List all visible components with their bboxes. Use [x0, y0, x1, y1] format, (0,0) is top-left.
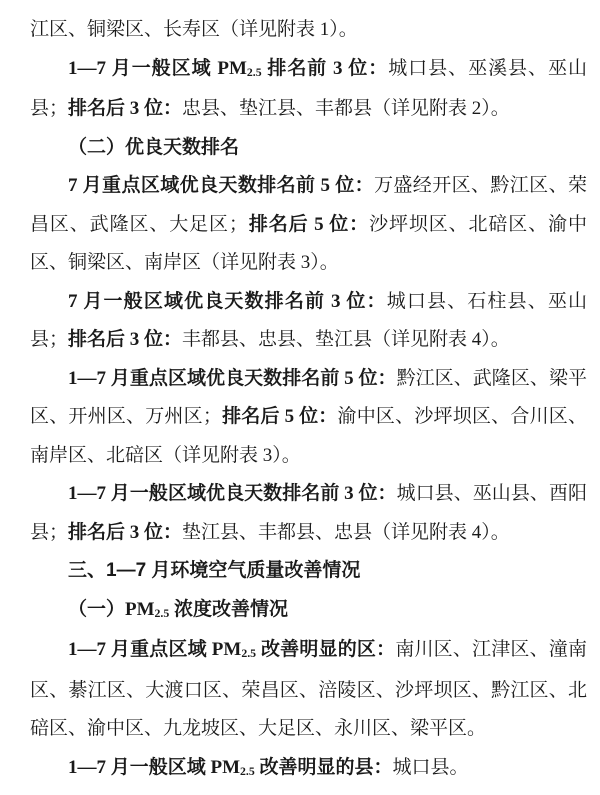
document-page: { "colors": { "background": "#ffffff", "… — [0, 0, 600, 795]
pm25-subscript: 2.5 — [241, 647, 256, 660]
text-run: 丰都县、忠县、垫江县（详见附表 4）。 — [182, 329, 510, 350]
text-run-bold: 1—7 月一般区域 PM — [68, 757, 240, 778]
text-run-bold: 改善明显的区： — [256, 639, 395, 660]
heading-text: 浓度改善情况 — [169, 599, 288, 620]
heading-section-3-1-pm25-improvement: （一）PM2.5 浓度改善情况 — [30, 591, 587, 632]
paragraph-jul-general-region-youliang-ranking: 7 月一般区域优良天数排名前 3 位：城口县、石柱县、巫山县；排名后 3 位：丰… — [30, 283, 587, 360]
text-run: 江区、铜梁区、长寿区（详见附表 1）。 — [30, 19, 358, 40]
text-run: 垫江县、丰都县、忠县（详见附表 4）。 — [182, 522, 510, 543]
pm25-subscript: 2.5 — [155, 607, 170, 620]
paragraph-continued-district-list: 江区、铜梁区、长寿区（详见附表 1）。 — [30, 11, 587, 50]
heading-text: 三、1—7 月环境空气质量改善情况 — [68, 560, 360, 581]
text-run-bold: 1—7 月一般区域 PM — [68, 58, 247, 79]
text-run-bold: 排名前 3 位： — [262, 58, 389, 79]
text-run-bold: 7 月重点区域优良天数排名前 5 位： — [68, 175, 374, 196]
heading-text: （二）优良天数排名 — [68, 137, 239, 158]
text-run-bold: 排名后 3 位： — [68, 329, 182, 350]
pm25-subscript: 2.5 — [247, 66, 262, 79]
text-run-bold: 1—7 月重点区域 PM — [68, 639, 241, 660]
text-run-bold: 改善明显的县： — [255, 757, 393, 778]
text-run-bold: 7 月一般区域优良天数排名前 3 位： — [68, 291, 387, 312]
paragraph-jan-jul-key-region-youliang-ranking: 1—7 月重点区域优良天数排名前 5 位：黔江区、武隆区、梁平区、开州区、万州区… — [30, 360, 587, 476]
text-run-bold: 排名后 5 位： — [248, 214, 369, 235]
paragraph-jul-key-region-youliang-ranking: 7 月重点区域优良天数排名前 5 位：万盛经开区、黔江区、荣昌区、武隆区、大足区… — [30, 167, 587, 283]
paragraph-jan-jul-general-region-youliang-ranking: 1—7 月一般区域优良天数排名前 3 位：城口县、巫山县、酉阳县；排名后 3 位… — [30, 475, 587, 552]
heading-text: （一）PM — [68, 599, 155, 620]
text-run-bold: 排名后 5 位： — [222, 406, 338, 427]
pm25-subscript: 2.5 — [240, 765, 255, 778]
heading-section-3-air-quality-improvement: 三、1—7 月环境空气质量改善情况 — [30, 552, 587, 591]
paragraph-jan-jul-general-region-pm25-improved: 1—7 月一般区域 PM2.5 改善明显的县：城口县。 — [30, 749, 587, 790]
heading-section-2-youliang-days-ranking: （二）优良天数排名 — [30, 129, 587, 168]
text-run-bold: 1—7 月一般区域优良天数排名前 3 位： — [68, 483, 397, 504]
text-run: 忠县、垫江县、丰都县（详见附表 2）。 — [182, 98, 510, 119]
text-run-bold: 1—7 月重点区域优良天数排名前 5 位： — [68, 368, 397, 389]
paragraph-jan-jul-general-pm25-ranking: 1—7 月一般区域 PM2.5 排名前 3 位：城口县、巫溪县、巫山县；排名后 … — [30, 50, 587, 129]
text-run-bold: 排名后 3 位： — [68, 98, 182, 119]
document-body: 江区、铜梁区、长寿区（详见附表 1）。 1—7 月一般区域 PM2.5 排名前 … — [0, 0, 600, 795]
text-run: 城口县。 — [393, 757, 469, 778]
text-run-bold: 排名后 3 位： — [68, 522, 182, 543]
paragraph-jan-jul-key-region-pm25-improved: 1—7 月重点区域 PM2.5 改善明显的区：南川区、江津区、潼南区、綦江区、大… — [30, 631, 587, 749]
